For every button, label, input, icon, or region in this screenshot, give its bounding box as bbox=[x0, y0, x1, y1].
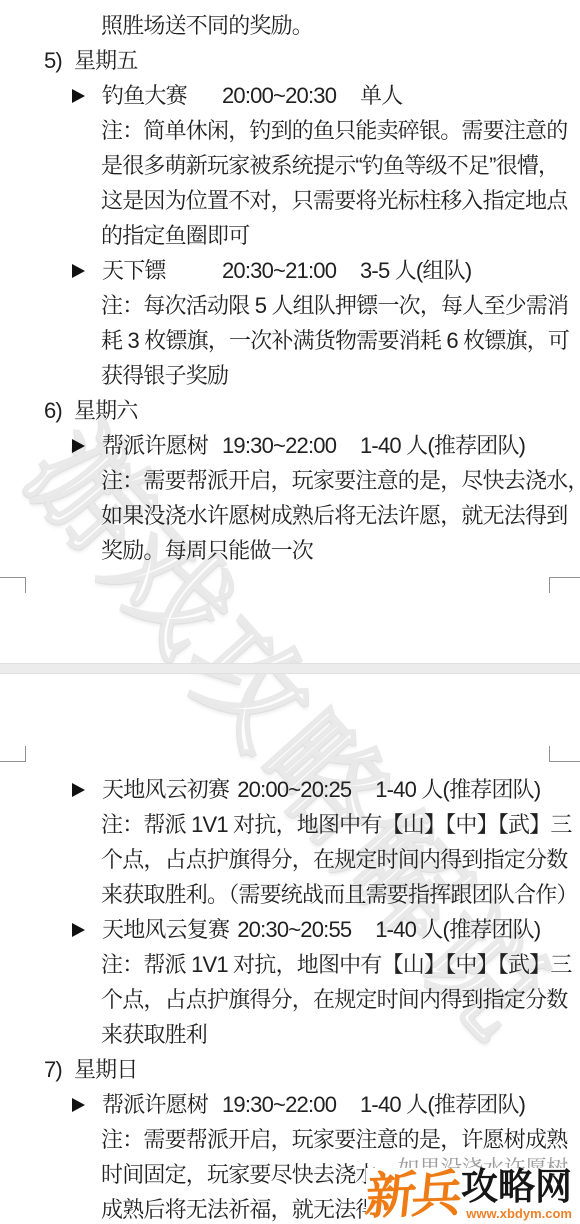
event-name: 钓鱼大赛 bbox=[102, 78, 222, 113]
page1-bottom-left-corner-mark bbox=[0, 577, 26, 593]
note-line: 耗 3 枚镖旗，一次补满货物需要消耗 6 枚镖旗，可 bbox=[0, 323, 580, 358]
arrow-bullet-icon bbox=[72, 264, 102, 278]
logo-site-url: www.xbdym.com bbox=[461, 1206, 572, 1221]
page-gap-divider bbox=[0, 663, 580, 674]
page2-top-right-corner-mark bbox=[549, 746, 580, 762]
arrow-bullet-icon bbox=[72, 783, 102, 797]
event-name: 天地风云初赛 bbox=[102, 772, 237, 807]
event-row: 天下镖 20:30~21:00 3-5 人(组队) bbox=[0, 253, 580, 288]
event-row: 钓鱼大赛 20:00~20:30 单人 bbox=[0, 78, 580, 113]
note-line: 的指定鱼圈即可 bbox=[0, 218, 580, 253]
event-time: 19:30~22:00 bbox=[222, 428, 360, 463]
logo-brand-second: 攻略网 bbox=[461, 1168, 572, 1206]
page2-top-left-corner-mark bbox=[0, 746, 26, 762]
event-time: 20:30~21:00 bbox=[222, 253, 360, 288]
event-people: 1-40 人(推荐团队) bbox=[360, 1087, 525, 1122]
logo-brand-first: 新兵 bbox=[363, 1166, 461, 1223]
note-line: 来获取胜利。（需要统战而且需要指挥跟团队合作） bbox=[0, 877, 580, 912]
note-line: 获得银子奖励 bbox=[0, 358, 580, 393]
note-line: 注：帮派 1V1 对抗，地图中有【山】【中】【武】三 bbox=[0, 807, 580, 842]
section-number: 6) bbox=[44, 393, 62, 428]
event-row: 天地风云复赛 20:30~20:55 1-40 人(推荐团队) bbox=[0, 912, 580, 947]
note-line: 注：帮派 1V1 对抗，地图中有【山】【中】【武】三 bbox=[0, 947, 580, 982]
note-line: 来获取胜利 bbox=[0, 1017, 580, 1052]
event-row: 天地风云初赛 20:00~20:25 1-40 人(推荐团队) bbox=[0, 772, 580, 807]
note-line: 这是因为位置不对，只需要将光标柱移入指定地点 bbox=[0, 183, 580, 218]
logo-right-column: 攻略网 www.xbdym.com bbox=[461, 1168, 572, 1221]
event-people: 单人 bbox=[360, 78, 402, 113]
note-line: 奖励。每周只能做一次 bbox=[0, 533, 580, 568]
event-name: 帮派许愿树 bbox=[102, 428, 222, 463]
site-logo: 新兵 攻略网 www.xbdym.com bbox=[366, 1168, 580, 1224]
section-number: 7) bbox=[44, 1052, 62, 1087]
section-number: 5) bbox=[44, 43, 62, 78]
event-name: 天下镖 bbox=[102, 253, 222, 288]
event-time: 20:00~20:30 bbox=[222, 78, 360, 113]
note-line: 如果没浇水许愿树成熟后将无法许愿，就无法得到 bbox=[0, 498, 580, 533]
event-row: 帮派许愿树 19:30~22:00 1-40 人(推荐团队) bbox=[0, 1087, 580, 1122]
note-line: 个点，占点护旗得分，在规定时间内得到指定分数 bbox=[0, 842, 580, 877]
section-heading-friday: 5)星期五 bbox=[0, 43, 580, 78]
page1-bottom-right-corner-mark bbox=[549, 577, 580, 593]
event-people: 1-40 人(推荐团队) bbox=[375, 912, 540, 947]
arrow-bullet-icon bbox=[72, 1098, 102, 1112]
event-row: 帮派许愿树 19:30~22:00 1-40 人(推荐团队) bbox=[0, 428, 580, 463]
section-title: 星期六 bbox=[74, 398, 138, 423]
section-title: 星期五 bbox=[74, 48, 138, 73]
event-people: 3-5 人(组队) bbox=[360, 253, 471, 288]
arrow-bullet-icon bbox=[72, 89, 102, 103]
event-time: 19:30~22:00 bbox=[222, 1087, 360, 1122]
paragraph-line: 照胜场送不同的奖励。 bbox=[0, 8, 580, 43]
note-text: 时间固定，玩家要尽快去浇水 bbox=[101, 1162, 377, 1187]
event-time: 20:00~20:25 bbox=[237, 772, 375, 807]
section-heading-saturday: 6)星期六 bbox=[0, 393, 580, 428]
document-viewer: 游 戏 攻 略 解 说 照胜场送不同的奖励。 5)星期五 钓鱼大赛 20:00~… bbox=[0, 0, 580, 1224]
arrow-bullet-icon bbox=[72, 439, 102, 453]
note-line: 注：需要帮派开启，玩家要注意的是，尽快去浇水， bbox=[0, 463, 580, 498]
section-heading-sunday: 7)星期日 bbox=[0, 1052, 580, 1087]
note-line: 注：每次活动限 5 人组队押镖一次，每人至少需消 bbox=[0, 288, 580, 323]
arrow-bullet-icon bbox=[72, 923, 102, 937]
note-line: 注：简单休闲，钓到的鱼只能卖碎银。需要注意的 bbox=[0, 113, 580, 148]
event-time: 20:30~20:55 bbox=[237, 912, 375, 947]
event-people: 1-40 人(推荐团队) bbox=[360, 428, 525, 463]
note-line: 个点，占点护旗得分，在规定时间内得到指定分数 bbox=[0, 982, 580, 1017]
event-name: 天地风云复赛 bbox=[102, 912, 237, 947]
event-people: 1-40 人(推荐团队) bbox=[375, 772, 540, 807]
event-name: 帮派许愿树 bbox=[102, 1087, 222, 1122]
note-line: 是很多萌新玩家被系统提示“钓鱼等级不足”很懵， bbox=[0, 148, 580, 183]
section-title: 星期日 bbox=[74, 1057, 138, 1082]
